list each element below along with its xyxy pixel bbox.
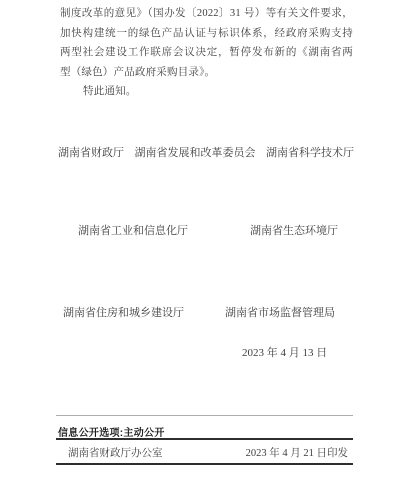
- body-line-3: 两型社会建设工作联席会议决定，暂停发布新的《湖南省两: [60, 43, 353, 63]
- body-line-4: 型（绿色）产品政府采购目录》。: [60, 63, 353, 83]
- signatory-industry-information-dept: 湖南省工业和信息化厅: [78, 222, 188, 238]
- signatory-finance-dept: 湖南省财政厅: [58, 144, 124, 160]
- footer-imprint-row: 湖南省财政厅办公室 2023 年 4 月 21 日印发: [56, 445, 353, 460]
- body-line-1: 制度改革的意见》（国办发〔2022〕31 号）等有关文件要求，: [60, 4, 353, 24]
- signatory-housing-urban-rural-dept: 湖南省住房和城乡建设厅: [63, 304, 184, 320]
- signature-row-1: 湖南省财政厅 湖南省发展和改革委员会 湖南省科学技术厅: [58, 144, 354, 160]
- signatory-development-reform-commission: 湖南省发展和改革委员会: [135, 144, 256, 160]
- signatory-market-supervision-bureau: 湖南省市场监督管理局: [225, 304, 335, 320]
- notice-document-page: 制度改革的意见》（国办发〔2022〕31 号）等有关文件要求， 加快构建统一的绿…: [0, 0, 400, 500]
- disclosure-option-label: 信息公开选项:主动公开: [58, 424, 165, 439]
- signature-date: 2023 年 4 月 13 日: [242, 344, 327, 360]
- issuing-office: 湖南省财政厅办公室: [68, 445, 163, 460]
- footer-rule-top: [56, 415, 353, 416]
- print-date: 2023 年 4 月 21 日印发: [246, 445, 348, 460]
- body-line-2: 加快构建统一的绿色产品认证与标识体系，经政府采购支持: [60, 24, 353, 44]
- notice-body-text: 制度改革的意见》（国办发〔2022〕31 号）等有关文件要求， 加快构建统一的绿…: [60, 4, 353, 102]
- closing-line: 特此通知。: [60, 82, 353, 102]
- signatory-science-technology-dept: 湖南省科学技术厅: [266, 144, 354, 160]
- footer-rule-middle: [56, 438, 353, 440]
- signatory-ecology-environment-dept: 湖南省生态环境厅: [250, 222, 338, 238]
- footer-rule-bottom: [56, 463, 353, 465]
